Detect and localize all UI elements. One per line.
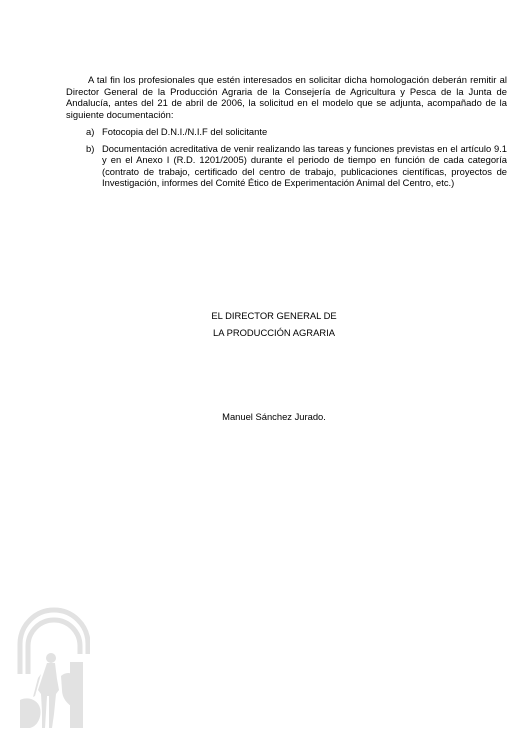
- signature-title-line1: EL DIRECTOR GENERAL DE: [0, 310, 530, 321]
- list-marker: b): [86, 143, 94, 155]
- junta-de-andalucia-emblem-icon: [14, 604, 90, 732]
- list-item: a) Fotocopia del D.N.I./N.I.F del solici…: [86, 126, 507, 138]
- documentation-list: a) Fotocopia del D.N.I./N.I.F del solici…: [86, 126, 507, 194]
- list-marker: a): [86, 126, 94, 138]
- list-item: b) Documentación acreditativa de venir r…: [86, 143, 507, 189]
- document-page: A tal fin los profesionales que estén in…: [0, 0, 530, 750]
- body-paragraph: A tal fin los profesionales que estén in…: [66, 74, 507, 120]
- list-item-text: Documentación acreditativa de venir real…: [102, 143, 507, 189]
- list-item-text: Fotocopia del D.N.I./N.I.F del solicitan…: [102, 126, 267, 137]
- signature-title-line2: LA PRODUCCIÓN AGRARIA: [0, 327, 530, 338]
- signatory-name: Manuel Sánchez Jurado.: [0, 411, 530, 422]
